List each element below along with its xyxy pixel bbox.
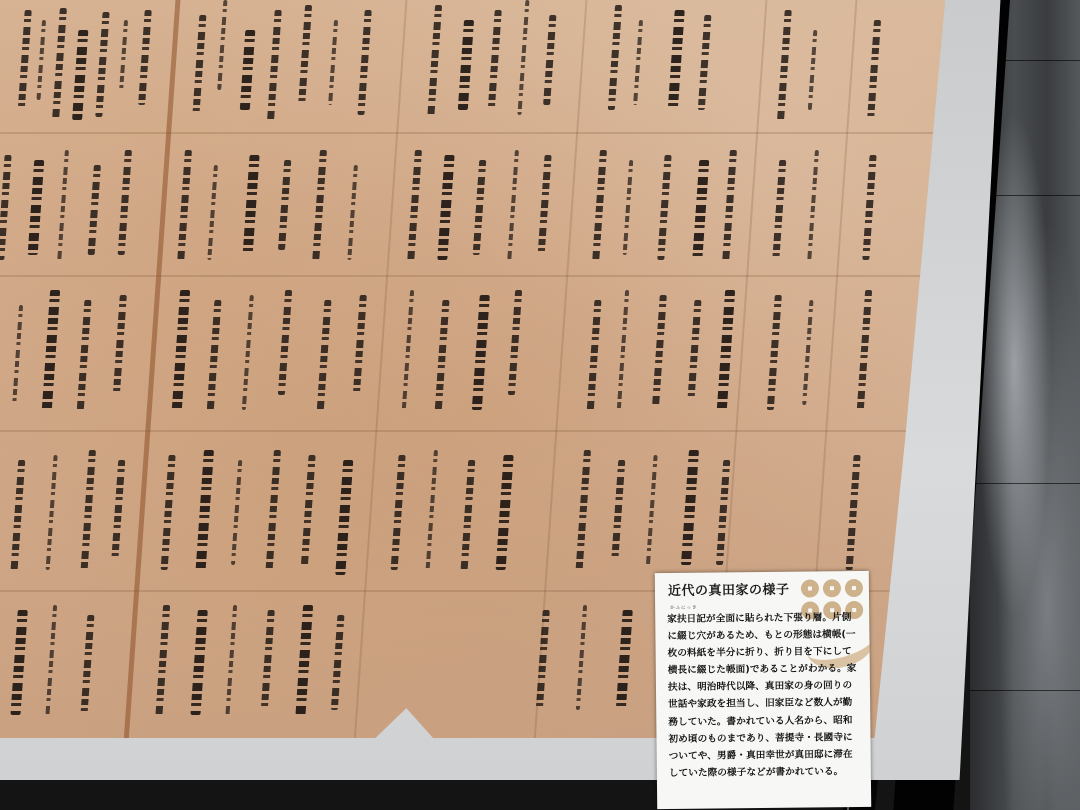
card-body-line: に綴じ穴があるため、もとの形態は横帳(一 — [667, 626, 857, 645]
card-body-line: していた際の様子などが書かれている。 — [669, 763, 859, 782]
card-body-text: 家扶日記が全面に貼られた下張り層。片側 に綴じ穴があるため、もとの形態は横帳(一… — [667, 609, 859, 782]
card-body-line: ついてや、男爵・真田幸世が真田邸に滞在 — [669, 746, 859, 765]
card-body-line: 横長に綴じた帳面)であることがわかる。家 — [668, 660, 858, 679]
card-body-line: 世話や家政を担当し、旧家臣など数人が勤 — [668, 694, 858, 713]
card-body-line: 家扶日記が全面に貼られた下張り層。片側 — [667, 609, 857, 628]
card-body-line: 扶は、明治時代以降、真田家の身の回りの — [668, 677, 858, 696]
card-body-line: 初め頃のものまであり、菩提寺・長國寺に — [668, 729, 858, 748]
card-body-line: 務していた。書かれている人名から、昭和 — [668, 712, 858, 731]
exhibit-info-card: 近代の真田家の様子 かふにっき 家扶日記が全面に貼られた下張り層。片側 に綴じ穴… — [655, 571, 871, 809]
museum-display-photo: 近代の真田家の様子 かふにっき 家扶日記が全面に貼られた下張り層。片側 に綴じ穴… — [0, 0, 1080, 810]
card-body-line: 枚の料紙を半分に折り、折り目を下にして — [668, 643, 858, 662]
card-title: 近代の真田家の様子 — [668, 579, 790, 599]
